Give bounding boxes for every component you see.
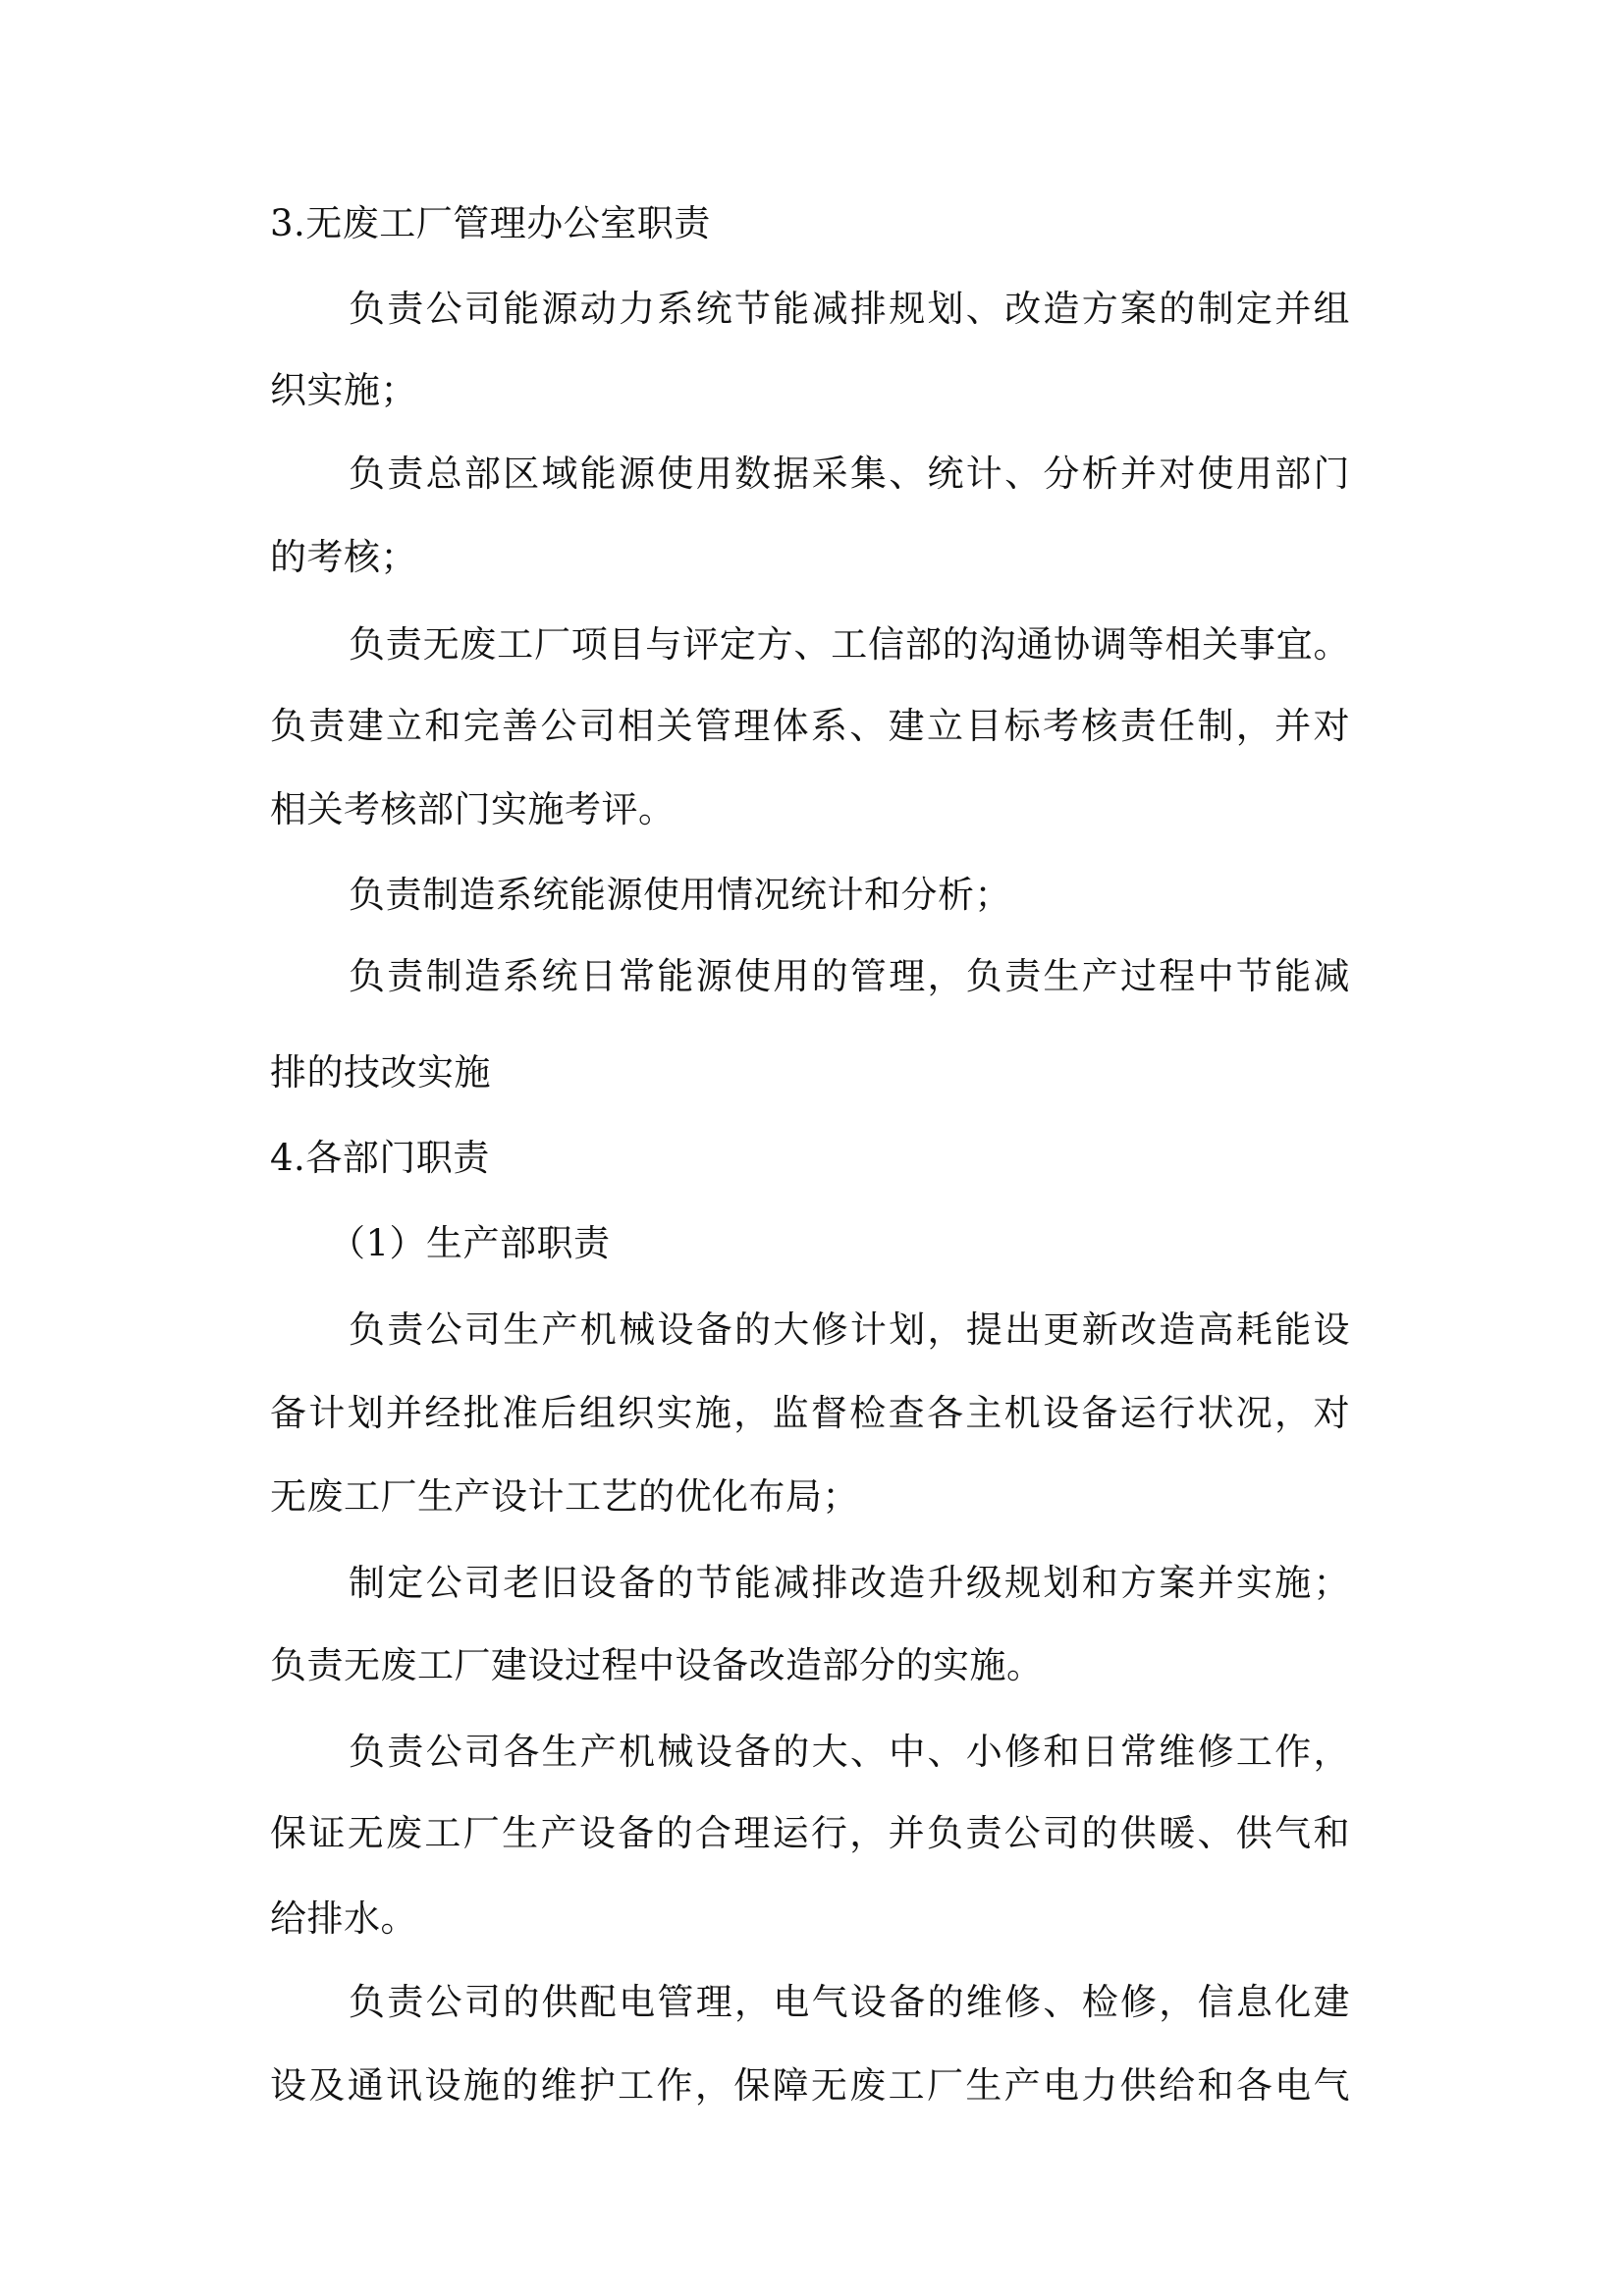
paragraph-line: 保证无废工厂生产设备的合理运行，并负责公司的供暖、供气和 bbox=[270, 1806, 1350, 1861]
paragraph-line: 负责公司的供配电管理，电气设备的维修、检修，信息化建 bbox=[349, 1975, 1350, 2030]
paragraph-line: 负责公司各生产机械设备的大、中、小修和日常维修工作， bbox=[349, 1725, 1350, 1780]
paragraph-line: 负责制造系统日常能源使用的管理，负责生产过程中节能减 bbox=[349, 949, 1350, 1004]
paragraph-line: 负责总部区域能源使用数据采集、统计、分析并对使用部门 bbox=[349, 447, 1350, 502]
paragraph-line: 负责制造系统能源使用情况统计和分析； bbox=[349, 868, 1350, 923]
paragraph-line: 制定公司老旧设备的节能减排改造升级规划和方案并实施； bbox=[349, 1556, 1350, 1611]
paragraph-line: 负责无废工厂建设过程中设备改造部分的实施。 bbox=[270, 1638, 1350, 1693]
paragraph-line: 排的技改实施 bbox=[270, 1045, 1350, 1100]
section-heading-3: 3.无废工厂管理办公室职责 bbox=[270, 196, 1350, 251]
paragraph-line: 的考核； bbox=[270, 530, 1350, 585]
paragraph-line: 负责公司生产机械设备的大修计划，提出更新改造高耗能设 bbox=[349, 1303, 1350, 1358]
paragraph-line: 无废工厂生产设计工艺的优化布局； bbox=[270, 1469, 1350, 1524]
paragraph-line: 负责无废工厂项目与评定方、工信部的沟通协调等相关事宜。 bbox=[349, 617, 1350, 672]
paragraph-line: 设及通讯设施的维护工作，保障无废工厂生产电力供给和各电气 bbox=[270, 2058, 1350, 2113]
paragraph-line: 备计划并经批准后组织实施，监督检查各主机设备运行状况，对 bbox=[270, 1386, 1350, 1441]
paragraph-line: 负责建立和完善公司相关管理体系、建立目标考核责任制，并对 bbox=[270, 699, 1350, 754]
paragraph-line: 织实施； bbox=[270, 363, 1350, 418]
subsection-heading: （1）生产部职责 bbox=[329, 1216, 1409, 1271]
paragraph-line: 负责公司能源动力系统节能减排规划、改造方案的制定并组 bbox=[349, 282, 1350, 337]
section-heading-4: 4.各部门职责 bbox=[270, 1131, 1350, 1186]
paragraph-line: 相关考核部门实施考评。 bbox=[270, 782, 1350, 837]
document-page: 3.无废工厂管理办公室职责 负责公司能源动力系统节能减排规划、改造方案的制定并组… bbox=[0, 0, 1624, 2296]
paragraph-line: 给排水。 bbox=[270, 1892, 1350, 1947]
